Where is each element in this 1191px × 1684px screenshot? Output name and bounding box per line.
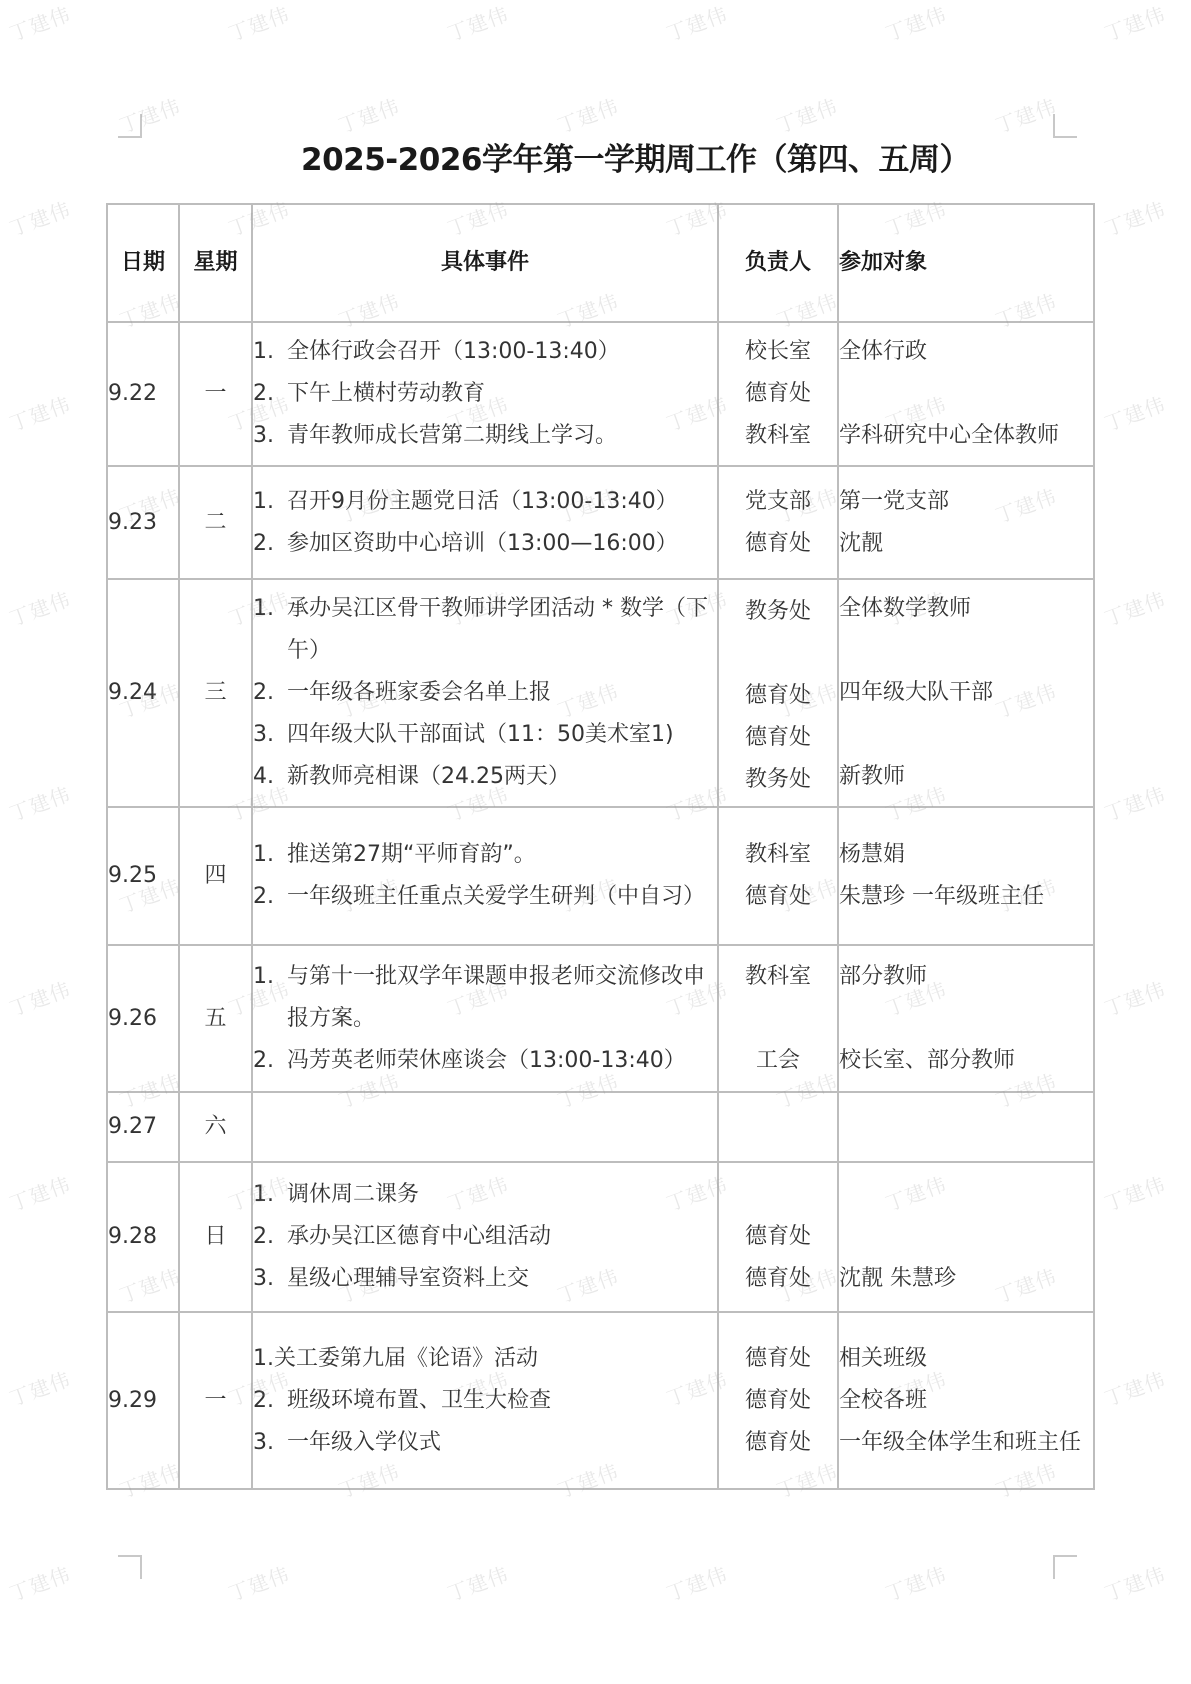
event-text: 一年级各班家委会名单上报	[287, 672, 551, 714]
participant-entry: 一年级全体学生和班主任	[839, 1422, 1093, 1464]
participant-entry: 校长室、部分教师	[839, 1040, 1093, 1082]
watermark-text: 丁建伟	[5, 1168, 74, 1217]
event-text: 承办吴江区德育中心组活动	[287, 1216, 551, 1258]
cell-participants: 杨慧娟朱慧珍 一年级班主任	[838, 807, 1094, 945]
responsible-entry: 德育处	[719, 1258, 837, 1300]
watermark-text: 丁建伟	[5, 1363, 74, 1412]
cell-date: 9.28	[107, 1162, 179, 1312]
participant-entry: 全体行政	[839, 331, 1093, 373]
event-item: 1.承办吴江区骨干教师讲学团活动 * 数学（下午）	[253, 588, 717, 672]
cell-weekday: 日	[179, 1162, 252, 1312]
cell-participants: 第一党支部沈靓	[838, 466, 1094, 579]
event-text: 青年教师成长营第二期线上学习。	[287, 415, 617, 457]
watermark-text: 丁建伟	[5, 778, 74, 827]
responsible-entry: 德育处	[719, 675, 837, 717]
event-item: 2.冯芳英老师荣休座谈会（13:00-13:40）	[253, 1040, 717, 1082]
watermark-text: 丁建伟	[1100, 0, 1169, 47]
watermark-text: 丁建伟	[1100, 1168, 1169, 1217]
cell-date: 9.25	[107, 807, 179, 945]
watermark-text: 丁建伟	[662, 0, 731, 47]
table-row: 9.25四1.推送第27期“平师育韵”。2.一年级班主任重点关爱学生研判（中自习…	[107, 807, 1094, 945]
header-events: 具体事件	[252, 204, 718, 322]
cell-weekday: 六	[179, 1092, 252, 1162]
table-row: 9.27六	[107, 1092, 1094, 1162]
event-number: 1.	[253, 834, 287, 876]
event-text: 四年级大队干部面试（11：50美术室1)	[287, 714, 674, 756]
responsible-entry	[719, 1174, 837, 1216]
event-text: 与第十一批双学年课题申报老师交流修改申报方案。	[287, 956, 717, 1040]
event-number: 1.	[253, 331, 287, 373]
watermark-text: 丁建伟	[991, 90, 1060, 139]
cell-date: 9.22	[107, 322, 179, 466]
event-number: 1.	[253, 481, 287, 523]
event-text: 全体行政会召开（13:00-13:40）	[287, 331, 620, 373]
event-text: 召开9月份主题党日活（13:00-13:40）	[287, 481, 678, 523]
cell-weekday: 一	[179, 322, 252, 466]
event-text: 班级环境布置、卫生大检查	[287, 1380, 551, 1422]
event-number: 2.	[253, 1040, 287, 1082]
cell-events: 1.关工委第九届《论语》活动2.班级环境布置、卫生大检查3.一年级入学仪式	[252, 1312, 718, 1489]
header-date: 日期	[107, 204, 179, 322]
table-row: 9.22一1.全体行政会召开（13:00-13:40）2.下午上横村劳动教育3.…	[107, 322, 1094, 466]
event-number: 4.	[253, 756, 287, 798]
event-item: 1.调休周二课务	[253, 1174, 717, 1216]
cell-weekday: 三	[179, 579, 252, 807]
cell-weekday: 五	[179, 945, 252, 1092]
participant-entry	[839, 998, 1093, 1040]
event-number: 1.	[253, 956, 287, 1040]
cell-weekday: 一	[179, 1312, 252, 1489]
cell-participants	[838, 1092, 1094, 1162]
watermark-text: 丁建伟	[1100, 778, 1169, 827]
cell-events: 1.召开9月份主题党日活（13:00-13:40）2.参加区资助中心培训（13:…	[252, 466, 718, 579]
responsible-entry: 校长室	[719, 331, 837, 373]
watermark-text: 丁建伟	[881, 0, 950, 47]
event-item: 3.一年级入学仪式	[253, 1422, 717, 1464]
watermark-text: 丁建伟	[881, 1558, 950, 1607]
responsible-entry	[719, 998, 837, 1040]
event-number: 3.	[253, 1422, 287, 1464]
watermark-text: 丁建伟	[5, 193, 74, 242]
cell-events: 1.与第十一批双学年课题申报老师交流修改申报方案。2.冯芳英老师荣休座谈会（13…	[252, 945, 718, 1092]
event-number: 2.	[253, 876, 287, 918]
participant-entry: 第一党支部	[839, 481, 1093, 523]
responsible-entry: 德育处	[719, 1422, 837, 1464]
event-text: 一年级班主任重点关爱学生研判（中自习）	[287, 876, 705, 918]
event-item: 3.四年级大队干部面试（11：50美术室1)	[253, 714, 717, 756]
table-row: 9.28日1.调休周二课务2.承办吴江区德育中心组活动3.星级心理辅导室资料上交…	[107, 1162, 1094, 1312]
participant-entry: 沈靓	[839, 523, 1093, 565]
cell-date: 9.29	[107, 1312, 179, 1489]
responsible-entry: 德育处	[719, 523, 837, 565]
participant-entry	[839, 630, 1093, 672]
participant-entry	[839, 714, 1093, 756]
event-item: 3.星级心理辅导室资料上交	[253, 1258, 717, 1300]
watermark-text: 丁建伟	[662, 1558, 731, 1607]
event-item: 4.新教师亮相课（24.25两天）	[253, 756, 717, 798]
cell-participants: 相关班级全校各班一年级全体学生和班主任	[838, 1312, 1094, 1489]
watermark-text: 丁建伟	[5, 0, 74, 47]
event-item: 2.参加区资助中心培训（13:00—16:00）	[253, 523, 717, 565]
watermark-text: 丁建伟	[1100, 1558, 1169, 1607]
cell-weekday: 四	[179, 807, 252, 945]
event-item: 2.承办吴江区德育中心组活动	[253, 1216, 717, 1258]
page-title: 2025-2026学年第一学期周工作（第四、五周）	[0, 134, 1191, 179]
watermark-text: 丁建伟	[443, 0, 512, 47]
event-item: 2.一年级各班家委会名单上报	[253, 672, 717, 714]
table-row: 9.26五1.与第十一批双学年课题申报老师交流修改申报方案。2.冯芳英老师荣休座…	[107, 945, 1094, 1092]
cell-weekday: 二	[179, 466, 252, 579]
responsible-entry: 德育处	[719, 1216, 837, 1258]
cell-responsible: 德育处德育处	[718, 1162, 838, 1312]
event-text: 星级心理辅导室资料上交	[287, 1258, 529, 1300]
responsible-entry: 德育处	[719, 1338, 837, 1380]
event-item: 1.全体行政会召开（13:00-13:40）	[253, 331, 717, 373]
watermark-text: 丁建伟	[553, 90, 622, 139]
cell-participants: 沈靓 朱慧珍	[838, 1162, 1094, 1312]
event-number: 3.	[253, 714, 287, 756]
event-number: 1.	[253, 588, 287, 672]
cell-responsible: 校长室德育处教科室	[718, 322, 838, 466]
event-text: 承办吴江区骨干教师讲学团活动 * 数学（下午）	[287, 588, 717, 672]
event-number: 3.	[253, 415, 287, 457]
participant-entry	[839, 1174, 1093, 1216]
cell-date: 9.24	[107, 579, 179, 807]
participant-entry	[839, 373, 1093, 415]
cell-participants: 全体数学教师四年级大队干部新教师	[838, 579, 1094, 807]
event-item: 2.下午上横村劳动教育	[253, 373, 717, 415]
participant-entry: 相关班级	[839, 1338, 1093, 1380]
watermark-text: 丁建伟	[1100, 973, 1169, 1022]
event-number: 2.	[253, 672, 287, 714]
responsible-entry: 党支部	[719, 481, 837, 523]
event-item: 1.与第十一批双学年课题申报老师交流修改申报方案。	[253, 956, 717, 1040]
responsible-entry: 德育处	[719, 876, 837, 918]
responsible-entry: 德育处	[719, 1380, 837, 1422]
event-item: 2.一年级班主任重点关爱学生研判（中自习）	[253, 876, 717, 918]
event-number: 2.	[253, 523, 287, 565]
cell-responsible	[718, 1092, 838, 1162]
cell-participants: 全体行政学科研究中心全体教师	[838, 322, 1094, 466]
participant-entry: 新教师	[839, 756, 1093, 798]
page-corner-mark	[118, 1555, 142, 1579]
responsible-entry: 教科室	[719, 834, 837, 876]
responsible-entry: 教科室	[719, 415, 837, 457]
table-row: 9.24三1.承办吴江区骨干教师讲学团活动 * 数学（下午）2.一年级各班家委会…	[107, 579, 1094, 807]
participant-entry	[839, 1216, 1093, 1258]
responsible-entry: 德育处	[719, 373, 837, 415]
participant-entry: 沈靓 朱慧珍	[839, 1258, 1093, 1300]
cell-responsible: 教科室德育处	[718, 807, 838, 945]
page-corner-mark	[1053, 1555, 1077, 1579]
responsible-entry: 教科室	[719, 956, 837, 998]
watermark-text: 丁建伟	[5, 583, 74, 632]
participant-entry: 全体数学教师	[839, 588, 1093, 630]
watermark-text: 丁建伟	[5, 1558, 74, 1607]
watermark-text: 丁建伟	[1100, 193, 1169, 242]
watermark-text: 丁建伟	[334, 90, 403, 139]
responsible-entry: 德育处	[719, 717, 837, 759]
event-text: 参加区资助中心培训（13:00—16:00）	[287, 523, 678, 565]
header-responsible: 负责人	[718, 204, 838, 322]
responsible-entry	[719, 633, 837, 675]
cell-events: 1.推送第27期“平师育韵”。2.一年级班主任重点关爱学生研判（中自习）	[252, 807, 718, 945]
participant-entry: 学科研究中心全体教师	[839, 415, 1093, 457]
event-number: 2.	[253, 373, 287, 415]
cell-responsible: 德育处德育处德育处	[718, 1312, 838, 1489]
cell-events: 1.调休周二课务2.承办吴江区德育中心组活动3.星级心理辅导室资料上交	[252, 1162, 718, 1312]
participant-entry: 杨慧娟	[839, 834, 1093, 876]
header-participants: 参加对象	[838, 204, 1094, 322]
event-text: 一年级入学仪式	[287, 1422, 441, 1464]
event-text: 调休周二课务	[287, 1174, 419, 1216]
watermark-text: 丁建伟	[1100, 388, 1169, 437]
table-row: 9.23二1.召开9月份主题党日活（13:00-13:40）2.参加区资助中心培…	[107, 466, 1094, 579]
watermark-text: 丁建伟	[443, 1558, 512, 1607]
event-text: 1.关工委第九届《论语》活动	[253, 1338, 538, 1380]
watermark-text: 丁建伟	[772, 90, 841, 139]
event-number: 3.	[253, 1258, 287, 1300]
responsible-entry: 教务处	[719, 591, 837, 633]
cell-participants: 部分教师校长室、部分教师	[838, 945, 1094, 1092]
cell-responsible: 教科室工会	[718, 945, 838, 1092]
event-number: 2.	[253, 1380, 287, 1422]
watermark-text: 丁建伟	[5, 388, 74, 437]
weekly-schedule-table: 日期 星期 具体事件 负责人 参加对象 9.22一1.全体行政会召开（13:00…	[106, 203, 1095, 1490]
participant-entry: 全校各班	[839, 1380, 1093, 1422]
event-text: 下午上横村劳动教育	[287, 373, 485, 415]
participant-entry: 朱慧珍 一年级班主任	[839, 876, 1093, 918]
cell-responsible: 党支部德育处	[718, 466, 838, 579]
participant-entry: 四年级大队干部	[839, 672, 1093, 714]
event-item: 1.召开9月份主题党日活（13:00-13:40）	[253, 481, 717, 523]
event-text: 新教师亮相课（24.25两天）	[287, 756, 570, 798]
cell-date: 9.23	[107, 466, 179, 579]
cell-events: 1.承办吴江区骨干教师讲学团活动 * 数学（下午）2.一年级各班家委会名单上报3…	[252, 579, 718, 807]
watermark-text: 丁建伟	[1100, 583, 1169, 632]
participant-entry: 部分教师	[839, 956, 1093, 998]
watermark-text: 丁建伟	[224, 1558, 293, 1607]
event-item: 2.班级环境布置、卫生大检查	[253, 1380, 717, 1422]
watermark-text: 丁建伟	[1100, 1363, 1169, 1412]
event-item: 1.推送第27期“平师育韵”。	[253, 834, 717, 876]
cell-responsible: 教务处德育处德育处教务处	[718, 579, 838, 807]
watermark-text: 丁建伟	[5, 973, 74, 1022]
event-item: 1.关工委第九届《论语》活动	[253, 1338, 717, 1380]
cell-events: 1.全体行政会召开（13:00-13:40）2.下午上横村劳动教育3.青年教师成…	[252, 322, 718, 466]
header-weekday: 星期	[179, 204, 252, 322]
responsible-entry: 教务处	[719, 759, 837, 801]
event-item: 3.青年教师成长营第二期线上学习。	[253, 415, 717, 457]
cell-events	[252, 1092, 718, 1162]
cell-date: 9.26	[107, 945, 179, 1092]
event-number: 2.	[253, 1216, 287, 1258]
event-text: 推送第27期“平师育韵”。	[287, 834, 536, 876]
responsible-entry: 工会	[719, 1040, 837, 1082]
event-text: 冯芳英老师荣休座谈会（13:00-13:40）	[287, 1040, 686, 1082]
watermark-text: 丁建伟	[224, 0, 293, 47]
table-row: 9.29一1.关工委第九届《论语》活动2.班级环境布置、卫生大检查3.一年级入学…	[107, 1312, 1094, 1489]
cell-date: 9.27	[107, 1092, 179, 1162]
table-header-row: 日期 星期 具体事件 负责人 参加对象	[107, 204, 1094, 322]
event-number: 1.	[253, 1174, 287, 1216]
